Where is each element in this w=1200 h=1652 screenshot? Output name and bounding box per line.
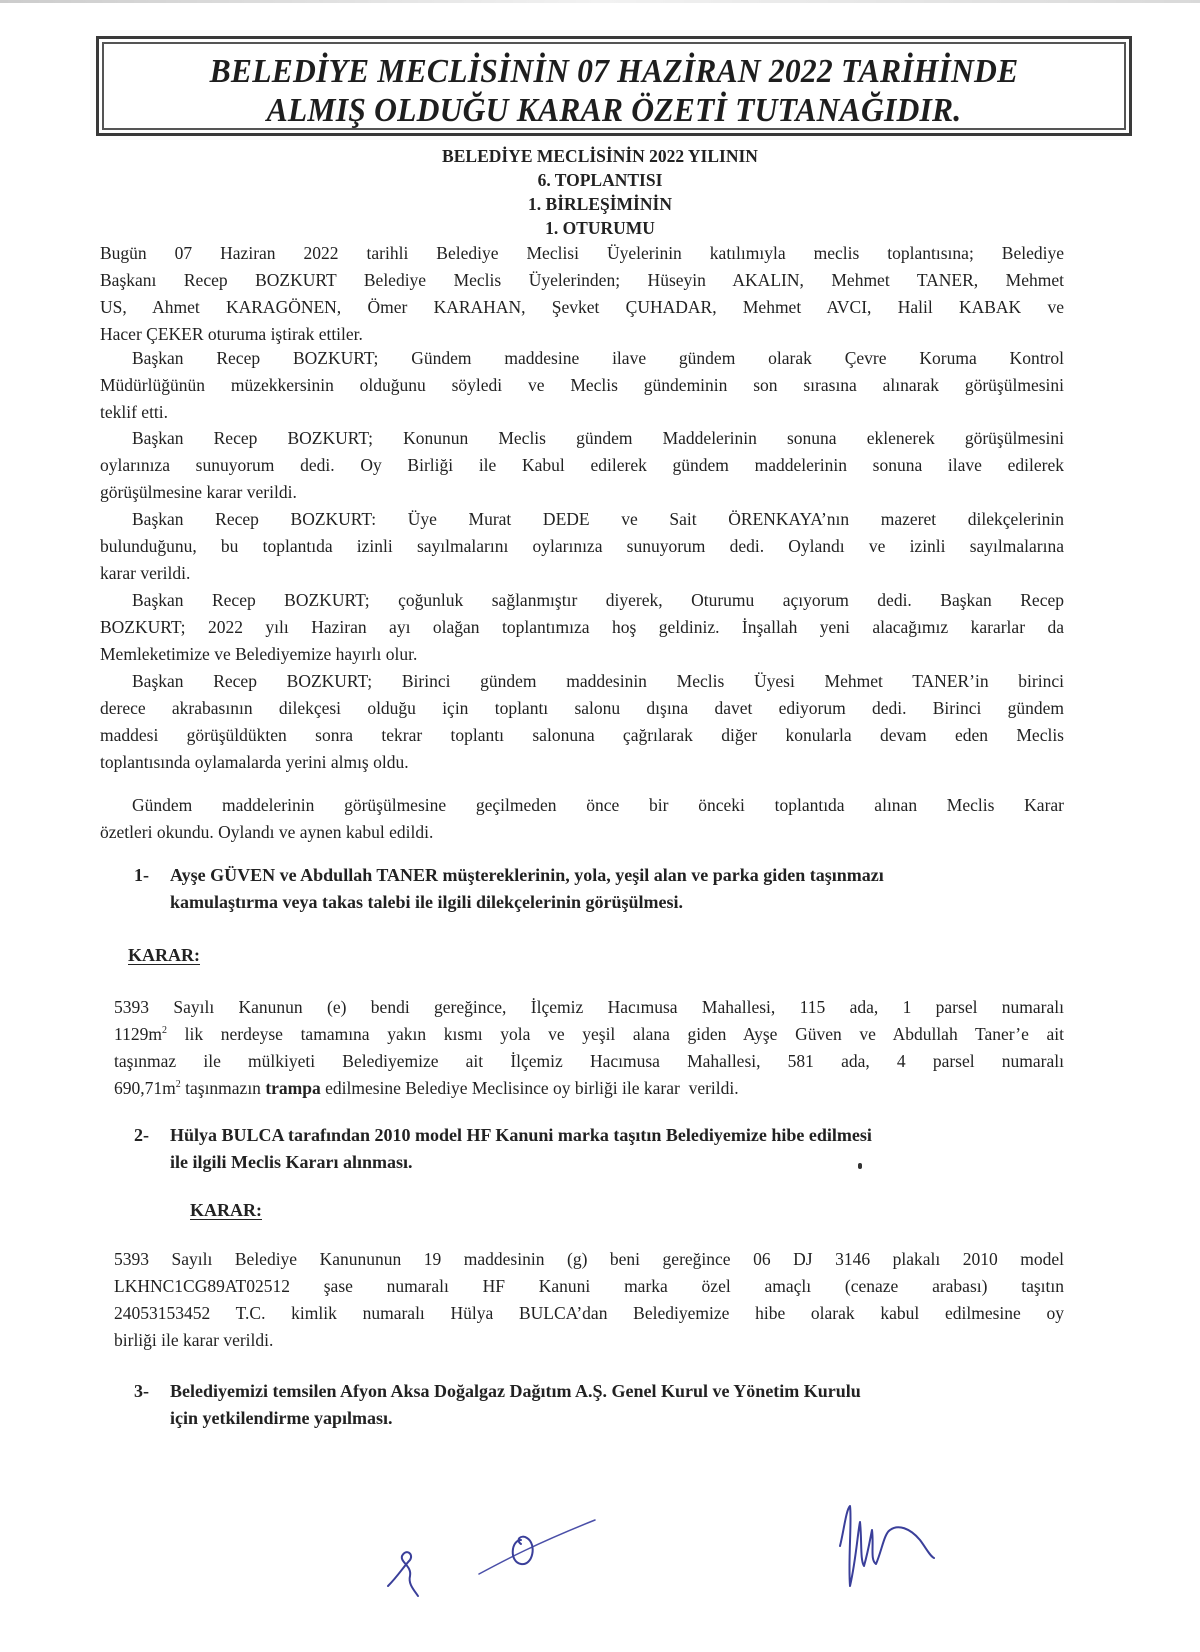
text-line: Memleketimize ve Belediyemize hayırlı ol… <box>100 641 1064 668</box>
agenda-item-title: ile ilgili Meclis Kararı alınması. <box>170 1149 412 1176</box>
text-line: Başkan Recep BOZKURT; Konunun Meclis gün… <box>100 425 1064 452</box>
decision-text-2: 5393 Sayılı Belediye Kanununun 19 maddes… <box>114 1246 1064 1354</box>
text-line: BOZKURT; 2022 yılı Haziran ayı olağan to… <box>100 614 1064 641</box>
document-title-line-1: BELEDİYE MECLİSİNİN 07 HAZİRAN 2022 TARİ… <box>135 53 1093 91</box>
session-heading-year: BELEDİYE MECLİSİNİN 2022 YILININ <box>0 146 1200 167</box>
text-line: 24053153452 T.C. kimlik numaralı Hülya B… <box>114 1300 1064 1327</box>
agenda-item-title: Hülya BULCA tarafından 2010 model HF Kan… <box>170 1122 872 1149</box>
agenda-item-number: 3- <box>134 1378 149 1405</box>
paragraph-attendance: Bugün 07 Haziran 2022 tarihli Belediye M… <box>100 240 1064 348</box>
scan-edge <box>0 0 1200 3</box>
session-heading-sitting: 1. OTURUMU <box>0 218 1200 239</box>
agenda-item-title: için yetkilendirme yapılması. <box>170 1405 393 1432</box>
session-heading-union: 1. BİRLEŞİMİNİN <box>0 194 1200 215</box>
agenda-item-title: Ayşe GÜVEN ve Abdullah TANER müşterekler… <box>170 862 884 889</box>
text-line: 5393 Sayılı Belediye Kanununun 19 maddes… <box>114 1246 1064 1273</box>
agenda-item-3: 3- Belediyemizi temsilen Afyon Aksa Doğa… <box>134 1378 1064 1434</box>
text-line: LKHNC1CG89AT02512 şase numaralı HF Kanun… <box>114 1273 1064 1300</box>
agenda-item-2: 2- Hülya BULCA tarafından 2010 model HF … <box>134 1122 1064 1178</box>
document-page: BELEDİYE MECLİSİNİN 07 HAZİRAN 2022 TARİ… <box>0 0 1200 1652</box>
text-line: US, Ahmet KARAGÖNEN, Ömer KARAHAN, Şevke… <box>100 294 1064 321</box>
text-line: Bugün 07 Haziran 2022 tarihli Belediye M… <box>100 240 1064 267</box>
text-line: Başkan Recep BOZKURT; çoğunluk sağlanmış… <box>100 587 1064 614</box>
decision-text-1: 5393 Sayılı Kanunun (e) bendi gereğince,… <box>114 994 1064 1102</box>
text-line: Hacer ÇEKER oturuma iştirak ettiler. <box>100 321 1064 348</box>
agenda-item-number: 2- <box>134 1122 149 1149</box>
text-line: Başkan Recep BOZKURT: Üye Murat DEDE ve … <box>100 506 1064 533</box>
text-line: Müdürlüğünün müzekkersinin olduğunu söyl… <box>100 372 1064 399</box>
paragraph-first-item-note: Başkan Recep BOZKURT; Birinci gündem mad… <box>100 668 1064 776</box>
text-line: taşınmaz ile mülkiyeti Belediyemize ait … <box>114 1048 1064 1075</box>
title-box: BELEDİYE MECLİSİNİN 07 HAZİRAN 2022 TARİ… <box>96 36 1132 136</box>
paragraph-agenda-vote: Başkan Recep BOZKURT; Konunun Meclis gün… <box>100 425 1064 506</box>
session-heading-meeting: 6. TOPLANTISI <box>0 170 1200 191</box>
text-line: 690,71m2 taşınmazın trampa edilmesine Be… <box>114 1075 1064 1102</box>
scan-speck <box>858 1163 862 1169</box>
text-line: teklif etti. <box>100 399 1064 426</box>
agenda-item-1: 1- Ayşe GÜVEN ve Abdullah TANER müşterek… <box>134 862 1064 918</box>
text-line: özetleri okundu. Oylandı ve aynen kabul … <box>100 819 1064 846</box>
agenda-item-number: 1- <box>134 862 149 889</box>
signature-2-icon <box>475 1510 605 1580</box>
text-line: Başkanı Recep BOZKURT Belediye Meclis Üy… <box>100 267 1064 294</box>
decision-label-1: KARAR: <box>128 945 200 966</box>
paragraph-opening: Başkan Recep BOZKURT; çoğunluk sağlanmış… <box>100 587 1064 668</box>
text-line: 1129m2 lik nerdeyse tamamına yakın kısmı… <box>114 1021 1064 1048</box>
text-line: oylarınıza sunuyorum dedi. Oy Birliği il… <box>100 452 1064 479</box>
text-line: Gündem maddelerinin görüşülmesine geçilm… <box>100 792 1064 819</box>
text-line: görüşülmesine karar verildi. <box>100 479 1064 506</box>
paragraph-excuses: Başkan Recep BOZKURT: Üye Murat DEDE ve … <box>100 506 1064 587</box>
text-line: Başkan Recep BOZKURT; Gündem maddesine i… <box>100 345 1064 372</box>
text-line: bulunduğunu, bu toplantıda izinli sayılm… <box>100 533 1064 560</box>
text-line: 5393 Sayılı Kanunun (e) bendi gereğince,… <box>114 994 1064 1021</box>
text-line: derece akrabasının dilekçesi olduğu için… <box>100 695 1064 722</box>
paragraph-previous-summaries: Gündem maddelerinin görüşülmesine geçilm… <box>100 792 1064 846</box>
text-line: karar verildi. <box>100 560 1064 587</box>
text-line: maddesi görüşüldükten sonra tekrar topla… <box>100 722 1064 749</box>
text-line: toplantısında oylamalarda yerini almış o… <box>100 749 1064 776</box>
agenda-item-title: Belediyemizi temsilen Afyon Aksa Doğalga… <box>170 1378 861 1405</box>
text-line: Başkan Recep BOZKURT; Birinci gündem mad… <box>100 668 1064 695</box>
signature-1-icon <box>380 1530 440 1610</box>
signature-3-icon <box>830 1500 940 1600</box>
text-line: birliği ile karar verildi. <box>114 1327 1064 1354</box>
agenda-item-title: kamulaştırma veya takas talebi ile ilgil… <box>170 889 683 916</box>
decision-label-2: KARAR: <box>190 1200 262 1221</box>
document-title-line-2: ALMIŞ OLDUĞU KARAR ÖZETİ TUTANAĞIDIR. <box>135 92 1093 130</box>
paragraph-additional-agenda: Başkan Recep BOZKURT; Gündem maddesine i… <box>100 345 1064 426</box>
